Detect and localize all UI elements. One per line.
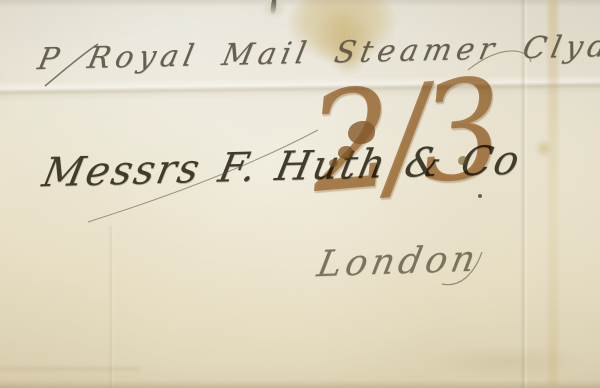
letter-cover-photo: P Royal Mail Steamer Clyde Messrs F. Hut… — [0, 0, 600, 388]
right-stain-spot — [535, 139, 552, 158]
rate-ink-blot — [348, 121, 375, 144]
bottom-right-smudge — [428, 344, 590, 380]
bottom-left-crease — [0, 367, 140, 373]
rate-ink-blot — [338, 146, 353, 159]
bottom-edge-shadow — [0, 380, 600, 388]
postal-rate-mark: 2/3 — [304, 57, 501, 216]
rate-ink-blot — [329, 159, 338, 167]
horizontal-fold-crease — [0, 74, 600, 102]
rate-ink-blot — [458, 156, 467, 165]
vertical-fold-crease-left — [108, 226, 115, 388]
city-line-handwriting: London — [314, 238, 483, 285]
